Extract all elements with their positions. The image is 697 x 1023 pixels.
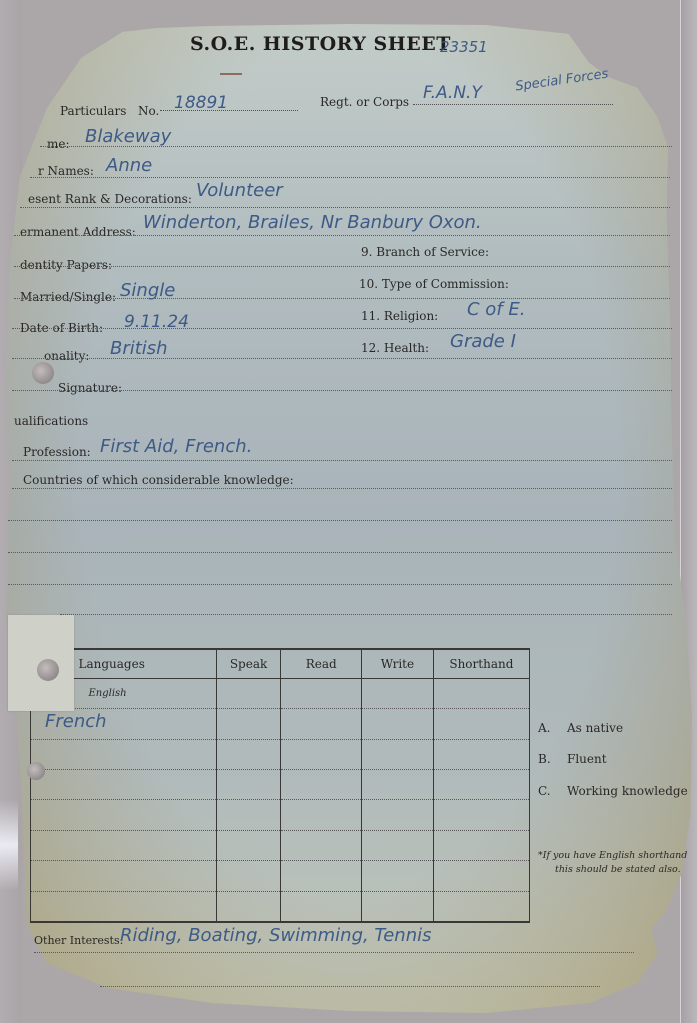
language-cell[interactable] [31, 739, 217, 769]
speak-cell[interactable] [216, 679, 280, 709]
other-names-value[interactable]: Anne [106, 155, 152, 176]
read-cell[interactable] [281, 709, 362, 739]
punch-hole-middle [37, 659, 59, 681]
read-cell[interactable] [281, 770, 362, 800]
header-read: Read [281, 649, 362, 679]
speak-cell[interactable] [216, 891, 280, 922]
blank-line-3 [8, 584, 672, 585]
name-value[interactable]: Blakeway [85, 126, 171, 147]
write-cell[interactable] [362, 770, 434, 800]
corps-label: Regt. or Corps [320, 95, 409, 109]
table-row [31, 739, 530, 769]
other-interests-label: Other Interests: [34, 934, 123, 947]
rank-value[interactable]: Volunteer [196, 180, 283, 201]
write-cell[interactable] [362, 830, 434, 860]
shorthand-cell[interactable] [433, 830, 529, 860]
table-row-english: English [31, 679, 530, 709]
legend-a-text: As native [567, 721, 623, 735]
write-cell[interactable] [362, 679, 434, 709]
speak-cell[interactable] [216, 830, 280, 860]
blank-line-1 [8, 520, 672, 521]
document-title: S.O.E. HISTORY SHEET [190, 33, 451, 55]
shorthand-cell[interactable] [433, 709, 529, 739]
shorthand-cell[interactable] [433, 679, 529, 709]
shorthand-cell[interactable] [433, 861, 529, 891]
read-cell[interactable] [281, 891, 362, 922]
legend-a-letter: A. [538, 721, 550, 735]
name-line [40, 146, 672, 147]
corps-line [413, 104, 613, 105]
no-label: No. [138, 104, 159, 118]
language-cell[interactable]: French [31, 709, 217, 739]
other-interests-value[interactable]: Riding, Boating, Swimming, Tennis [120, 925, 431, 946]
married-label: Married/Single: [20, 290, 116, 304]
language-cell[interactable] [31, 830, 217, 860]
health-label: 12. Health: [361, 341, 429, 355]
health-value[interactable]: Grade I [450, 331, 516, 352]
speak-cell[interactable] [216, 739, 280, 769]
other-names-line [30, 177, 670, 178]
languages-table: Languages Speak Read Write Shorthand Eng… [30, 648, 530, 923]
write-cell[interactable] [362, 709, 434, 739]
religion-label: 11. Religion: [361, 309, 438, 323]
table-row [31, 770, 530, 800]
rank-line [20, 207, 670, 208]
header-speak: Speak [216, 649, 280, 679]
write-cell[interactable] [362, 891, 434, 922]
speak-cell[interactable] [216, 770, 280, 800]
dob-line [12, 328, 672, 329]
nationality-label: onality: [44, 349, 89, 363]
shorthand-cell[interactable] [433, 739, 529, 769]
plastic-sleeve-right [680, 0, 697, 1023]
read-cell[interactable] [281, 830, 362, 860]
punch-hole-lower [27, 762, 45, 780]
write-cell[interactable] [362, 800, 434, 830]
countries-label: Countries of which considerable knowledg… [23, 473, 294, 487]
header-shorthand: Shorthand [433, 649, 529, 679]
speak-cell[interactable] [216, 709, 280, 739]
language-cell[interactable] [31, 770, 217, 800]
read-cell[interactable] [281, 679, 362, 709]
no-line [160, 110, 298, 111]
language-cell[interactable] [31, 861, 217, 891]
nationality-line [12, 358, 672, 359]
profession-value[interactable]: First Aid, French. [100, 436, 252, 457]
corps-value[interactable]: F.A.N.Y [423, 83, 482, 103]
qualifications-heading: ualifications [14, 414, 88, 428]
sleeve-glare [0, 800, 18, 890]
profession-label: Profession: [23, 445, 91, 459]
language-cell[interactable] [31, 800, 217, 830]
married-line [14, 298, 670, 299]
shorthand-cell[interactable] [433, 770, 529, 800]
read-cell[interactable] [281, 800, 362, 830]
countries-line-1 [12, 488, 672, 489]
religion-value[interactable]: C of E. [467, 299, 525, 320]
shorthand-note-line2: this should be stated also. [555, 864, 681, 875]
shorthand-cell[interactable] [433, 891, 529, 922]
other-interests-line-2 [100, 986, 600, 987]
shorthand-cell[interactable] [433, 800, 529, 830]
table-row [31, 800, 530, 830]
identity-papers-label: dentity Papers: [20, 258, 112, 272]
reference-number: 23351 [440, 38, 488, 56]
write-cell[interactable] [362, 739, 434, 769]
identity-line [14, 266, 670, 267]
blank-line-4 [60, 614, 672, 615]
nationality-value[interactable]: British [110, 338, 168, 359]
commission-label: 10. Type of Commission: [359, 277, 509, 291]
language-cell[interactable] [31, 891, 217, 922]
signature-label: Signature: [58, 381, 122, 395]
section-label-particulars: Particulars [60, 104, 126, 118]
speak-cell[interactable] [216, 861, 280, 891]
legend-c-letter: C. [538, 784, 551, 798]
signature-line [12, 390, 672, 391]
shorthand-note-line1: *If you have English shorthand [538, 850, 687, 861]
language-value: French [45, 711, 107, 732]
table-row [31, 861, 530, 891]
legend-b-letter: B. [538, 752, 551, 766]
table-row [31, 830, 530, 860]
table-row-french: French [31, 709, 530, 739]
address-line [14, 235, 670, 236]
other-interests-line-1 [34, 952, 634, 953]
dob-value[interactable]: 9.11.24 [124, 312, 189, 332]
address-value[interactable]: Winderton, Brailes, Nr Banbury Oxon. [143, 212, 482, 233]
punch-hole-top [32, 362, 54, 384]
speak-cell[interactable] [216, 800, 280, 830]
header-write: Write [362, 649, 434, 679]
write-cell[interactable] [362, 861, 434, 891]
branch-label: 9. Branch of Service: [361, 245, 489, 259]
legend-b-text: Fluent [567, 752, 607, 766]
table-row [31, 891, 530, 922]
legend-c-text: Working knowledge [567, 784, 688, 798]
blank-line-2 [8, 552, 672, 553]
other-names-label: r Names: [38, 164, 94, 178]
name-label: me: [47, 137, 70, 151]
title-rule [220, 73, 242, 75]
rank-label: esent Rank & Decorations: [28, 192, 192, 206]
read-cell[interactable] [281, 739, 362, 769]
read-cell[interactable] [281, 861, 362, 891]
address-label: ermanent Address: [20, 225, 136, 239]
profession-line [12, 460, 672, 461]
